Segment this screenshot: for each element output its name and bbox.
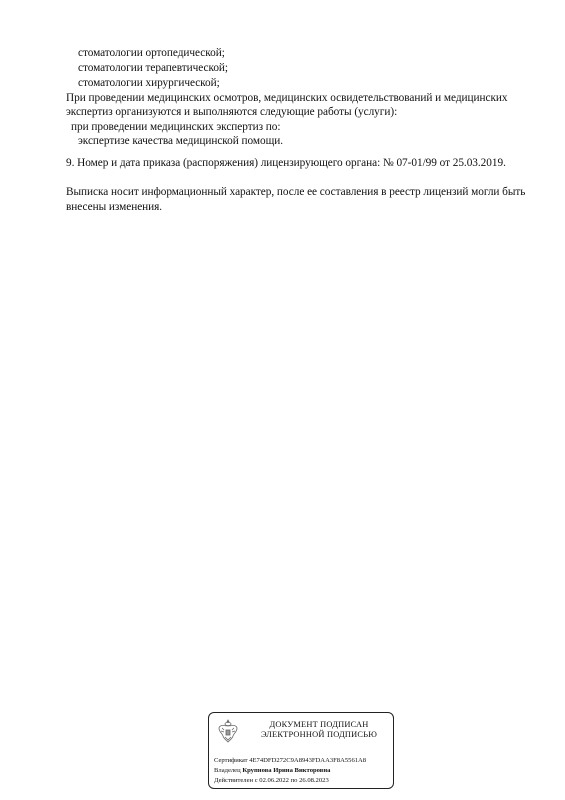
notice-line: внесены изменения. [66,201,162,214]
certificate-row: Сертификат 4E74DFD272C9A8943FDAA3F8A5561… [214,757,366,765]
list-item: стоматологии ортопедической; [78,47,225,60]
order-info: 9. Номер и дата приказа (распоряжения) л… [66,157,506,170]
validity-row: Действителен с 02.06.2022 по 26.08.2023 [214,777,329,785]
list-item: стоматологии терапевтической; [78,62,228,75]
owner-row: Владелец Крупнова Ирина Викторовна [214,767,330,775]
stamp-title: ДОКУМЕНТ ПОДПИСАН ЭЛЕКТРОННОЙ ПОДПИСЬЮ [247,720,391,740]
e-signature-stamp: ДОКУМЕНТ ПОДПИСАН ЭЛЕКТРОННОЙ ПОДПИСЬЮ С… [208,712,394,789]
document-page: стоматологии ортопедической; стоматологи… [0,0,565,800]
paragraph-line: При проведении медицинских осмотров, мед… [66,92,508,105]
notice-line: Выписка носит информационный характер, п… [66,186,525,199]
paragraph-line: экспертиз организуются и выполняются сле… [66,106,397,119]
list-item: экспертизе качества медицинской помощи. [78,135,283,148]
coat-of-arms-icon [217,718,239,744]
list-item: при проведении медицинских экспертиз по: [71,121,280,134]
list-item: стоматологии хирургической; [78,77,220,90]
